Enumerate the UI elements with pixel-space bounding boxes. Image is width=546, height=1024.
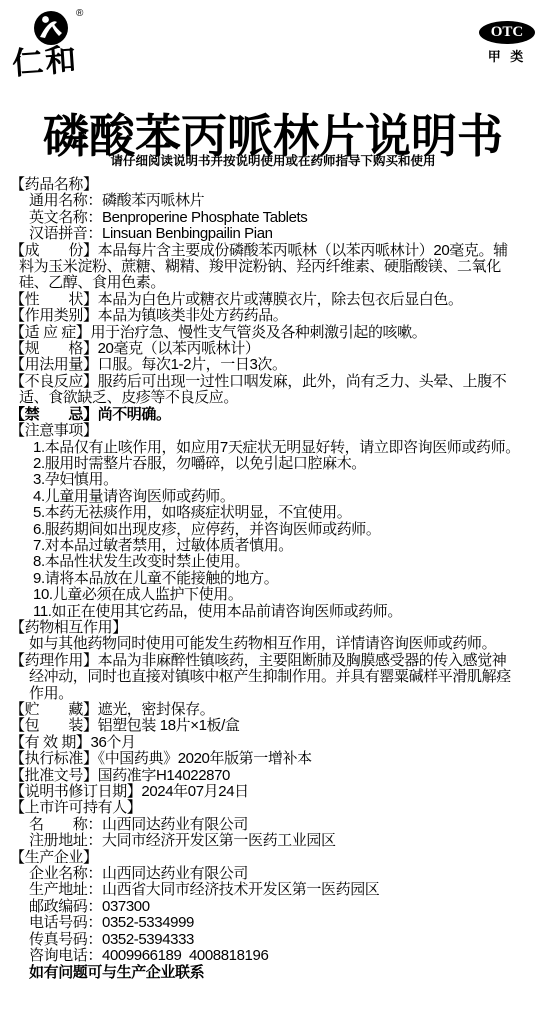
text-line: 如与其他药物同时使用可能发生药物相互作用，详情请咨询医师或药师。: [0, 636, 546, 652]
text-line: 传真号码：0352-5394333: [0, 932, 546, 948]
text-line: 【生产企业】: [0, 850, 546, 866]
text-line: 【包 装】铝塑包装 18片×1板/盒: [0, 718, 546, 734]
text-line: 【药物相互作用】: [0, 620, 546, 636]
text-line: 企业名称：山西同达药业有限公司: [0, 866, 546, 882]
text-line: 料为玉米淀粉、蔗糖、糊精、羧甲淀粉钠、羟丙纤维素、硬脂酸镁、二氧化: [0, 259, 546, 275]
text-line: 【贮 藏】遮光，密封保存。: [0, 702, 546, 718]
brand-name: 仁和: [11, 34, 80, 83]
text-line: 11.如正在使用其它药品，使用本品前请咨询医师或药师。: [0, 604, 546, 620]
text-line: 【上市许可持有人】: [0, 800, 546, 816]
text-line: 【执行标准】《中国药典》2020年版第一增补本: [0, 751, 546, 767]
text-line: 【注意事项】: [0, 423, 546, 439]
leaflet-body: 【药品名称】通用名称：磷酸苯丙哌林片英文名称：Benproperine Phos…: [0, 177, 546, 981]
renhe-logo: ® 仁和: [12, 6, 122, 80]
text-line: 【药理作用】本品为非麻醉性镇咳药，主要阻断肺及胸膜感受器的传入感觉神: [0, 653, 546, 669]
text-line: 作用。: [0, 686, 546, 702]
text-line: 经冲动，同时也直接对镇咳中枢产生抑制作用。并具有罂粟碱样平滑肌解痉: [0, 669, 546, 685]
text-line: 10.儿童必须在成人监护下使用。: [0, 587, 546, 603]
text-line: 【性 状】本品为白色片或糖衣片或薄膜衣片，除去包衣后显白色。: [0, 292, 546, 308]
text-line: 4.儿童用量请咨询医师或药师。: [0, 489, 546, 505]
text-line: 英文名称：Benproperine Phosphate Tablets: [0, 210, 546, 226]
text-line: 如有问题可与生产企业联系: [0, 965, 546, 981]
text-line: 【成 份】本品每片含主要成份磷酸苯丙哌林（以苯丙哌林计）20毫克。辅: [0, 243, 546, 259]
text-line: 汉语拼音：Linsuan Benbingpailin Pian: [0, 226, 546, 242]
text-line: 【禁 忌】尚不明确。: [0, 407, 546, 423]
text-line: 7.对本品过敏者禁用，过敏体质者慎用。: [0, 538, 546, 554]
otc-class-label: 甲 类: [477, 46, 537, 65]
text-line: 9.请将本品放在儿童不能接触的地方。: [0, 571, 546, 587]
text-line: 【药品名称】: [0, 177, 546, 193]
text-line: 【有 效 期】36个月: [0, 735, 546, 751]
text-line: 咨询电话：4009966189 4008818196: [0, 948, 546, 964]
text-line: 电话号码：0352-5334999: [0, 915, 546, 931]
text-line: 【适 应 症】用于治疗急、慢性支气管炎及各种刺激引起的咳嗽。: [0, 325, 546, 341]
text-line: 名 称：山西同达药业有限公司: [0, 817, 546, 833]
text-line: 【批准文号】国药准字H14022870: [0, 768, 546, 784]
text-line: 硅、乙醇、食用色素。: [0, 275, 546, 291]
otc-badge: OTC 甲 类: [477, 21, 537, 65]
text-line: 适、食欲缺乏、皮疹等不良反应。: [0, 390, 546, 406]
text-line: 【说明书修订日期】2024年07月24日: [0, 784, 546, 800]
text-line: 【用法用量】口服。每次1-2片，一日3次。: [0, 357, 546, 373]
text-line: 1.本品仅有止咳作用，如应用7天症状无明显好转，请立即咨询医师或药师。: [0, 440, 546, 456]
text-line: 6.服药期间如出现皮疹，应停药，并咨询医师或药师。: [0, 522, 546, 538]
text-line: 注册地址：大同市经济开发区第一医药工业园区: [0, 833, 546, 849]
text-line: 生产地址：山西省大同市经济技术开发区第一医药园区: [0, 882, 546, 898]
text-line: 【作用类别】本品为镇咳类非处方药药品。: [0, 308, 546, 324]
drug-leaflet-page: ® 仁和 OTC 甲 类 磷酸苯丙哌林片说明书 请仔细阅读说明书并按说明使用或在…: [0, 0, 546, 1024]
usage-warning-subtitle: 请仔细阅读说明书并按说明使用或在药师指导下购买和使用: [0, 151, 546, 169]
text-line: 邮政编码：037300: [0, 899, 546, 915]
text-line: 3.孕妇慎用。: [0, 472, 546, 488]
text-line: 8.本品性状发生改变时禁止使用。: [0, 554, 546, 570]
text-line: 【不良反应】服药后可出现一过性口咽发麻，此外，尚有乏力、头晕、上腹不: [0, 374, 546, 390]
text-line: 2.服用时需整片吞服，勿嚼碎，以免引起口腔麻木。: [0, 456, 546, 472]
otc-label: OTC: [479, 21, 535, 44]
text-line: 5.本药无祛痰作用，如咯痰症状明显，不宜使用。: [0, 505, 546, 521]
text-line: 【规 格】20毫克（以苯丙哌林计）: [0, 341, 546, 357]
text-line: 通用名称：磷酸苯丙哌林片: [0, 193, 546, 209]
registered-trademark: ®: [76, 8, 83, 19]
